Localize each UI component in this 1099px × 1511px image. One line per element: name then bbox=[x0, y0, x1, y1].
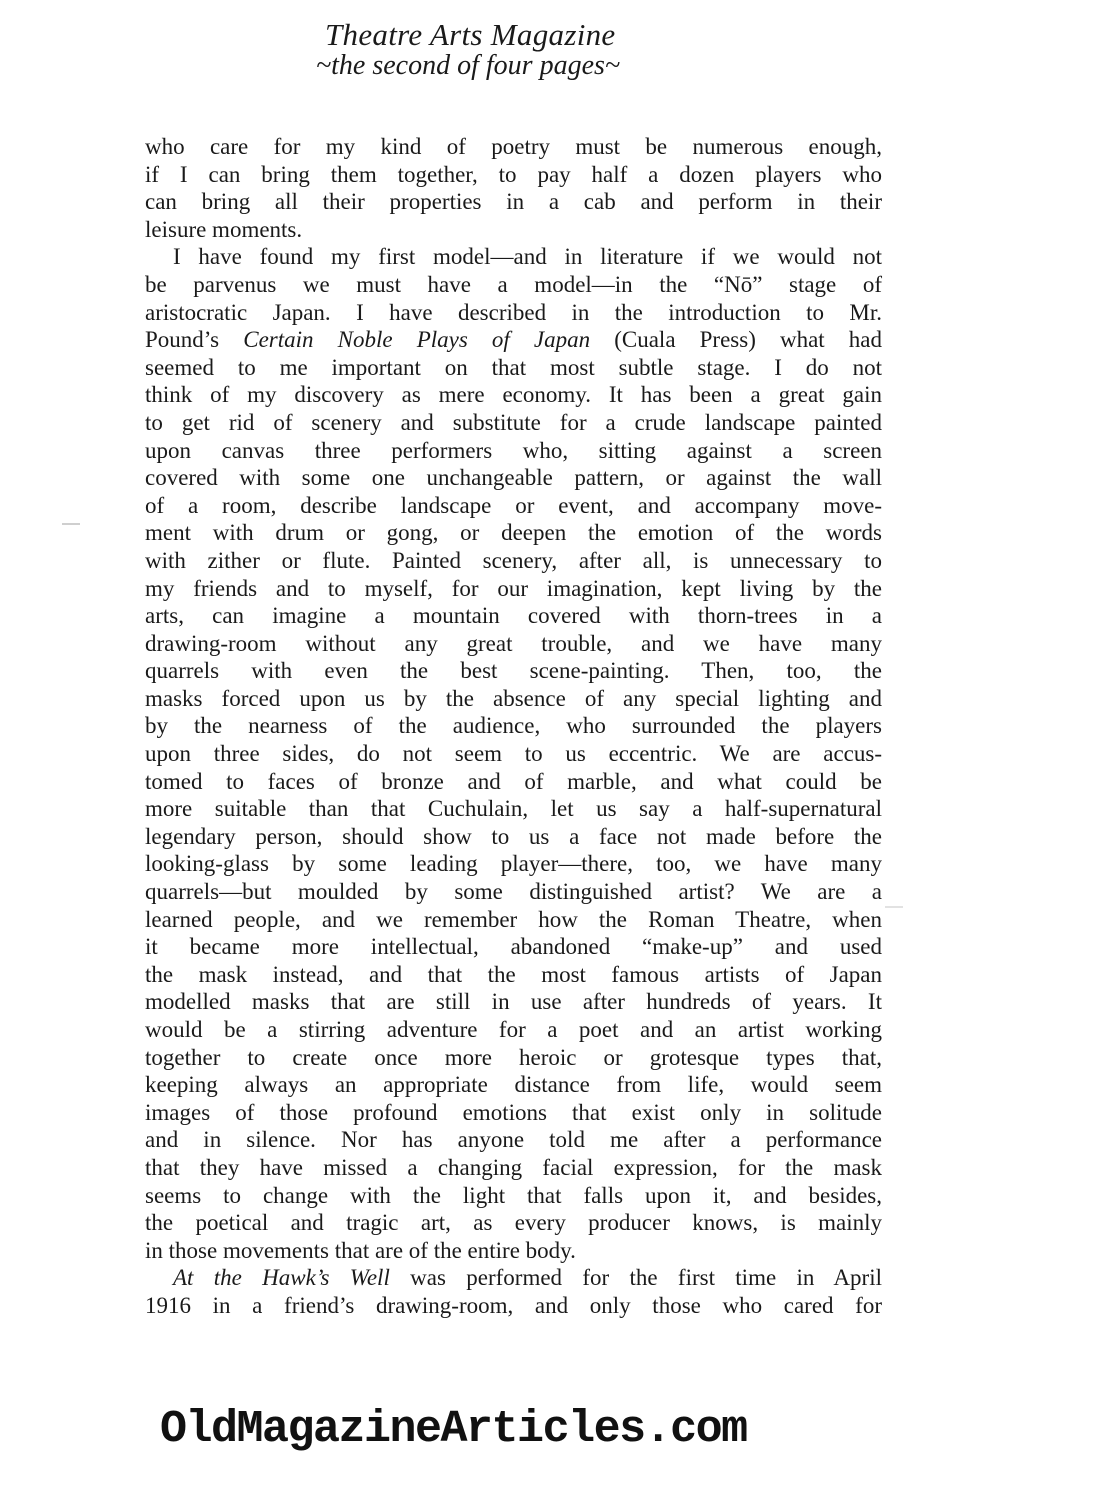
text-line: learned people, and we remember how the … bbox=[145, 906, 882, 934]
text-line: looking-glass by some leading player—the… bbox=[145, 850, 882, 878]
text-line: masks forced upon us by the absence of a… bbox=[145, 685, 882, 713]
magazine-title: Theatre Arts Magazine bbox=[325, 18, 615, 52]
text-line: in those movements that are of the entir… bbox=[145, 1237, 882, 1265]
text-line: upon three sides, do not seem to us ecce… bbox=[145, 740, 882, 768]
text-line: would be a stirring adventure for a poet… bbox=[145, 1016, 882, 1044]
text-line: legendary person, should show to us a fa… bbox=[145, 823, 882, 851]
text-line: be parvenus we must have a model—in the … bbox=[145, 271, 882, 299]
scan-artifact bbox=[885, 906, 903, 908]
text-line: think of my discovery as mere economy. I… bbox=[145, 381, 882, 409]
text-line: aristocratic Japan. I have described in … bbox=[145, 299, 882, 327]
scan-artifact bbox=[62, 523, 80, 525]
text-line: quarrels with even the best scene-painti… bbox=[145, 657, 882, 685]
text-line: ment with drum or gong, or deepen the em… bbox=[145, 519, 882, 547]
text-line: seems to change with the light that fall… bbox=[145, 1182, 882, 1210]
text-line: seemed to me important on that most subt… bbox=[145, 354, 882, 382]
text-line: the mask instead, and that the most famo… bbox=[145, 961, 882, 989]
article-body: who care for my kind of poetry must be n… bbox=[145, 133, 882, 1320]
text-line: 1916 in a friend’s drawing-room, and onl… bbox=[145, 1292, 882, 1320]
text-line: to get rid of scenery and substitute for… bbox=[145, 409, 882, 437]
text-line: more suitable than that Cuchulain, let u… bbox=[145, 795, 882, 823]
text-span: Pound’s bbox=[145, 327, 243, 352]
text-line: tomed to faces of bronze and of marble, … bbox=[145, 768, 882, 796]
text-line: covered with some one unchangeable patte… bbox=[145, 464, 882, 492]
text-line: together to create once more heroic or g… bbox=[145, 1044, 882, 1072]
site-watermark: OldMagazineArticles.com bbox=[160, 1404, 747, 1456]
text-line: modelled masks that are still in use aft… bbox=[145, 988, 882, 1016]
text-line: drawing-room without any great trouble, … bbox=[145, 630, 882, 658]
text-line: it became more intellectual, abandoned “… bbox=[145, 933, 882, 961]
text-span: (Cuala Press) what had bbox=[590, 327, 882, 352]
text-line: who care for my kind of poetry must be n… bbox=[145, 133, 882, 161]
text-line: the poetical and tragic art, as every pr… bbox=[145, 1209, 882, 1237]
text-line: keeping always an appropriate distance f… bbox=[145, 1071, 882, 1099]
text-line: images of those profound emotions that e… bbox=[145, 1099, 882, 1127]
play-title: At the Hawk’s Well bbox=[173, 1265, 390, 1290]
text-line: can bring all their properties in a cab … bbox=[145, 188, 882, 216]
text-line: quarrels—but moulded by some distinguish… bbox=[145, 878, 882, 906]
text-line: and in silence. Nor has anyone told me a… bbox=[145, 1126, 882, 1154]
text-span: was performed for the first time in Apri… bbox=[390, 1265, 882, 1290]
text-line: Pound’s Certain Noble Plays of Japan (Cu… bbox=[145, 326, 882, 354]
text-line: leisure moments. bbox=[145, 216, 882, 244]
paragraph-start: I have found my first model—and in liter… bbox=[145, 243, 882, 271]
paragraph-start: At the Hawk’s Well was performed for the… bbox=[145, 1264, 882, 1292]
text-line: if I can bring them together, to pay hal… bbox=[145, 161, 882, 189]
text-line: arts, can imagine a mountain covered wit… bbox=[145, 602, 882, 630]
text-line: my friends and to myself, for our imagin… bbox=[145, 575, 882, 603]
page-subtitle: ~the second of four pages~ bbox=[316, 50, 620, 82]
text-line: of a room, describe landscape or event, … bbox=[145, 492, 882, 520]
book-title: Certain Noble Plays of Japan bbox=[243, 327, 590, 352]
text-line: that they have missed a changing facial … bbox=[145, 1154, 882, 1182]
text-line: with zither or flute. Painted scenery, a… bbox=[145, 547, 882, 575]
text-line: upon canvas three performers who, sittin… bbox=[145, 437, 882, 465]
text-line: by the nearness of the audience, who sur… bbox=[145, 712, 882, 740]
